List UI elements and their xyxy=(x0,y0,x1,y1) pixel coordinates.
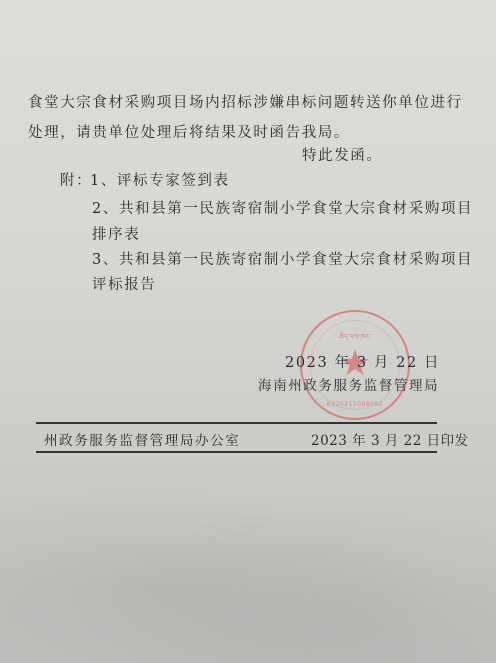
footer-office: 州政务服务监督管理局办公室 xyxy=(44,432,240,450)
footer-issue-date: 2023 年 3 月 22 日印发 xyxy=(311,432,469,450)
attachment-item-3-line-2: 评标报告 xyxy=(92,276,156,294)
body-paragraph-line-2: 处理，请贵单位处理后将结果及时函告我局。 xyxy=(28,124,350,142)
attachment-item-2-line-2: 排序表 xyxy=(92,226,140,244)
footer-bottom-rule xyxy=(36,451,437,453)
footer-top-rule xyxy=(36,422,437,424)
paper-shadow xyxy=(0,470,496,663)
closing-text: 特此发函。 xyxy=(302,147,383,165)
attachment-item-3-line-1: 3、共和县第一民族寄宿制小学食堂大宗食材采购项目 xyxy=(92,251,473,269)
body-paragraph-line-1: 食堂大宗食材采购项目场内招标涉嫌串标问题转送你单位进行 xyxy=(28,94,463,112)
seal-code: 6325211008002 xyxy=(302,401,408,408)
signature-date: 2023 年 3 月 22 日 xyxy=(285,354,440,372)
attachment-item-1: 1、评标专家签到表 xyxy=(90,172,230,190)
attachments-label: 附： xyxy=(60,172,92,190)
attachment-item-2-line-1: 2、共和县第一民族寄宿制小学食堂大宗食材采购项目 xyxy=(92,200,473,218)
signature-issuer: 海南州政务服务监督管理局 xyxy=(258,377,439,395)
